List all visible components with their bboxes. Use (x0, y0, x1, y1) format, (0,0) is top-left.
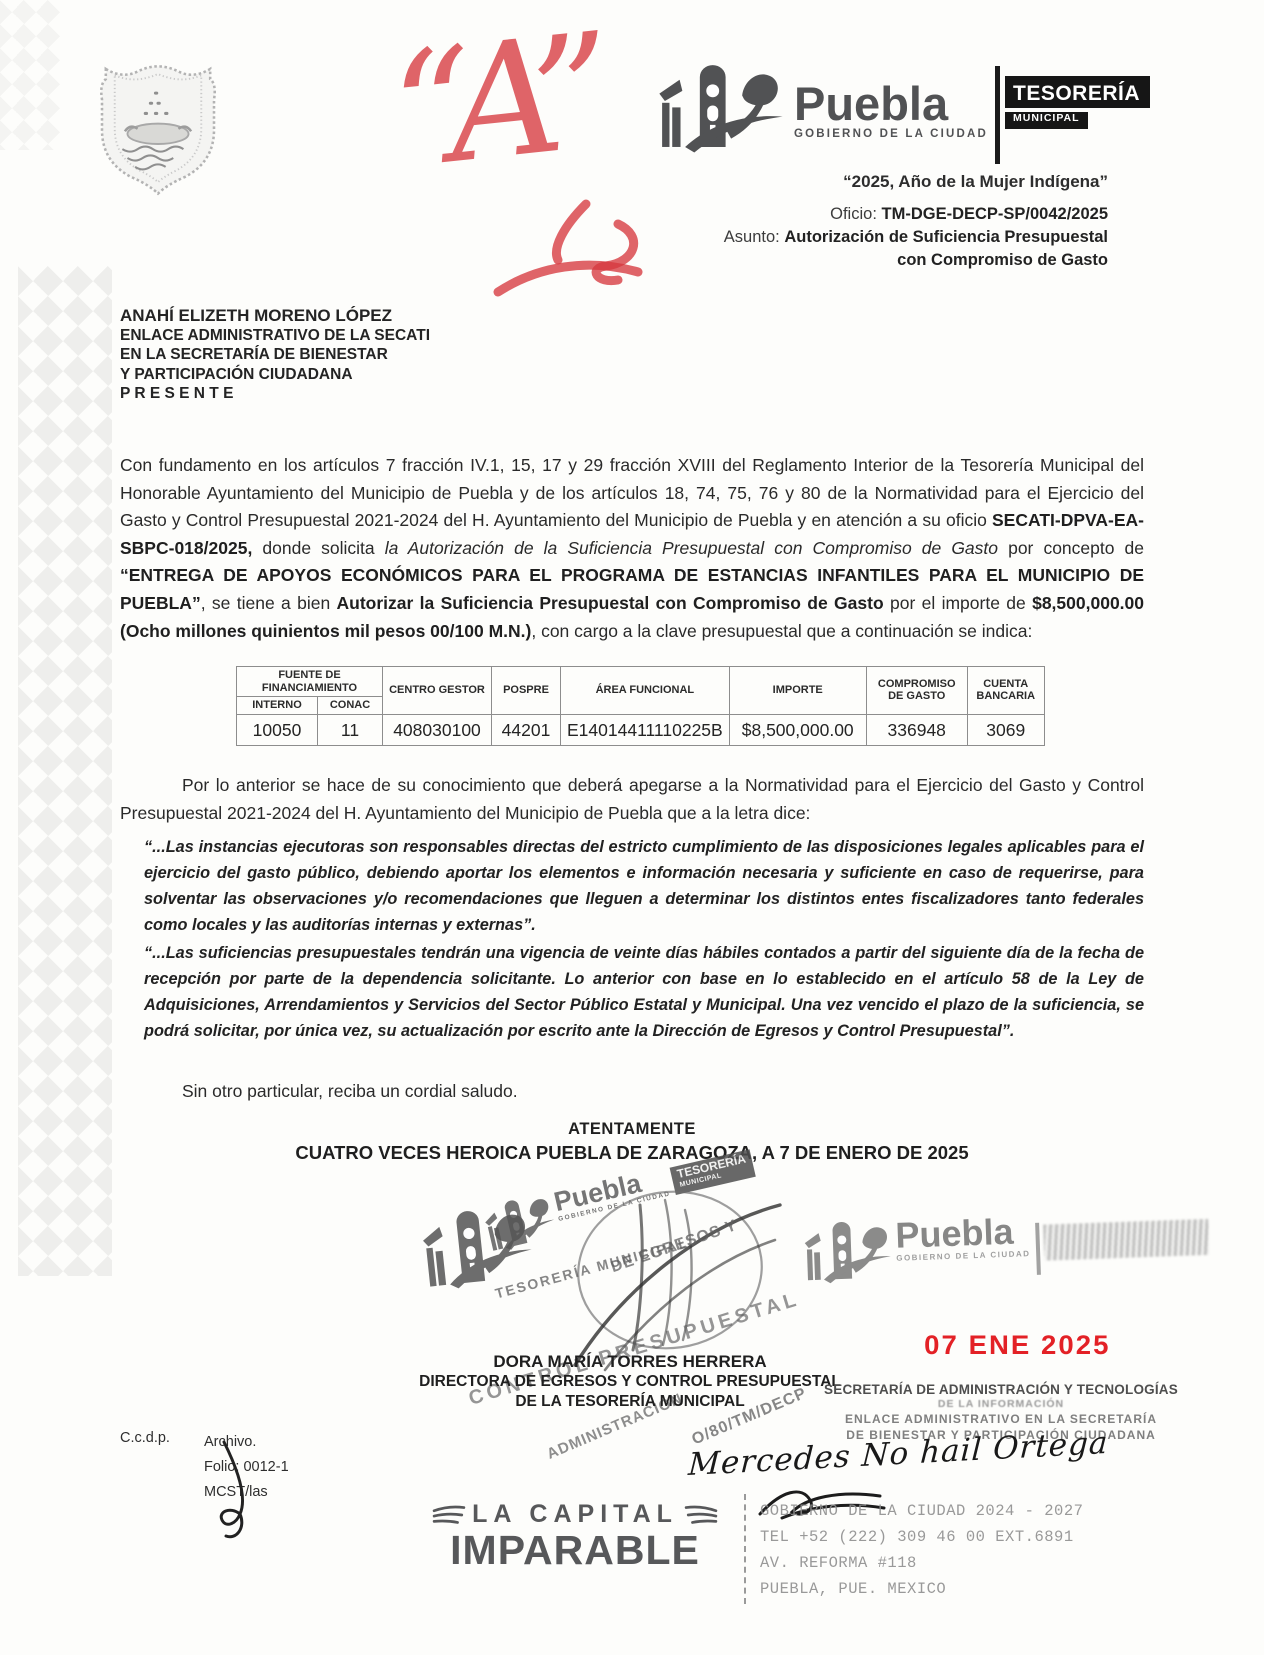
asunto-line-2: con Compromiso de Gasto (724, 249, 1108, 272)
col-importe: IMPORTE (729, 667, 866, 715)
quote-instancias: “...Las instancias ejecutoras son respon… (144, 834, 1144, 938)
oficio-line: Oficio: TM-DGE-DECP-SP/0042/2025 (724, 203, 1108, 226)
tesoreria-badge: TESORERÍA MUNICIPAL (1005, 76, 1150, 129)
paragraph-normatividad: Por lo anterior se hace de su conocimien… (120, 772, 1144, 827)
stamp-puebla-right: Puebla GOBIERNO DE LA CIUDAD (799, 1209, 1210, 1289)
address-divider (744, 1494, 746, 1604)
signatory-name: DORA MARÍA TORRES HERRERA (320, 1352, 940, 1372)
receiver-line-1: SECRETARÍA DE ADMINISTRACIÓN Y TECNOLOGÍ… (812, 1382, 1190, 1397)
imparable-text: IMPARABLE (430, 1527, 720, 1574)
receiver-line-2: DE LA INFORMACIÓN (812, 1398, 1190, 1410)
address-block: GOBIERNO DE LA CIUDAD 2024 - 2027 TEL +5… (760, 1498, 1083, 1602)
red-annotation-letter: “A” (384, 0, 616, 204)
oficio-block: Oficio: TM-DGE-DECP-SP/0042/2025 Asunto:… (724, 203, 1108, 272)
p1-italic-autorizacion: la Autorización de la Suficiencia Presup… (385, 538, 998, 558)
header-brand: Puebla GOBIERNO DE LA CIUDAD TESORERÍA M… (652, 64, 1150, 164)
col-cuenta-bancaria: CUENTA BANCARIA (967, 667, 1044, 715)
oficio-number: TM-DGE-DECP-SP/0042/2025 (882, 205, 1109, 223)
col-area-funcional: ÁREA FUNCIONAL (561, 667, 730, 715)
atentamente: ATENTAMENTE (120, 1120, 1144, 1139)
budget-table: FUENTE DE FINANCIAMIENTO CENTRO GESTOR P… (236, 666, 1045, 746)
cell-interno: 10050 (237, 714, 318, 745)
p1-text-6: , con cargo a la clave presupuestal que … (531, 621, 1032, 641)
cell-area-funcional: E14014411110225B (561, 714, 730, 745)
document-page: “A” Puebla GOBIERNO DE LA CIUDAD TESORER… (0, 0, 1264, 1655)
address-line-2: TEL +52 (222) 309 46 00 EXT.6891 (760, 1524, 1083, 1550)
p1-text-5: por el importe de (884, 593, 1032, 613)
col-centro-gestor: CENTRO GESTOR (383, 667, 492, 715)
wing-right-icon (684, 1503, 718, 1527)
recipient-presente: P R E S E N T E (120, 384, 430, 404)
recipient-role-3: Y PARTICIPACIÓN CIUDADANA (120, 365, 430, 385)
asunto-line: Asunto: Autorización de Suficiencia Pres… (724, 226, 1108, 249)
place-and-date: CUATRO VECES HEROICA PUEBLA DE ZARAGOZA,… (120, 1142, 1144, 1164)
cell-centro-gestor: 408030100 (383, 714, 492, 745)
stamp-right-smudge (1044, 1219, 1210, 1261)
stamp-right-icon (799, 1220, 897, 1289)
col-conac: CONAC (318, 697, 383, 715)
brand-tagline: GOBIERNO DE LA CIUDAD (794, 128, 988, 140)
margin-ornament-pattern (18, 266, 112, 1276)
recipient-role-1: ENLACE ADMINISTRATIVO DE LA SECATI (120, 326, 430, 346)
capital-top-row: LA CAPITAL (430, 1500, 720, 1529)
ccdp-handwritten-mark (196, 1436, 276, 1546)
paragraph-fundamento: Con fundamento en los artículos 7 fracci… (120, 452, 1144, 645)
col-pospre: POSPRE (492, 667, 561, 715)
stamp-right-wordmark: Puebla (895, 1215, 1030, 1252)
brand-wordmark: Puebla (794, 82, 988, 125)
recipient-role-2: EN LA SECRETARÍA DE BIENESTAR (120, 345, 430, 365)
badge-title: TESORERÍA (1005, 76, 1150, 108)
p1-text-3: por concepto de (998, 538, 1144, 558)
cell-pospre: 44201 (492, 714, 561, 745)
p1-autorizar: Autorizar la Suficiencia Presupuestal co… (337, 593, 884, 613)
asunto-label: Asunto: (724, 228, 780, 246)
cell-conac: 11 (318, 714, 383, 745)
cell-compromiso: 336948 (866, 714, 967, 745)
red-annotation-squiggle (468, 196, 668, 326)
received-date-stamp: 07 ENE 2025 (924, 1330, 1110, 1361)
year-legend: “2025, Año de la Mujer Indígena” (843, 172, 1108, 192)
asunto-text-2: con Compromiso de Gasto (897, 251, 1108, 269)
p1-text: Con fundamento en los artículos 7 fracci… (120, 455, 1144, 530)
asunto-text-1: Autorización de Suficiencia Presupuestal (784, 228, 1108, 246)
recipient-block: ANAHÍ ELIZETH MORENO LÓPEZ ENLACE ADMINI… (120, 306, 430, 404)
p1-text-4: , se tiene a bien (201, 593, 337, 613)
col-compromiso: COMPROMISO DE GASTO (866, 667, 967, 715)
cell-importe: $8,500,000.00 (729, 714, 866, 745)
col-interno: INTERNO (237, 697, 318, 715)
col-fuente-financiamiento: FUENTE DE FINANCIAMIENTO (237, 667, 383, 697)
budget-table-wrap: FUENTE DE FINANCIAMIENTO CENTRO GESTOR P… (236, 666, 1045, 746)
closing-line: Sin otro particular, reciba un cordial s… (120, 1078, 1144, 1106)
city-crest (92, 60, 224, 200)
stamp-right-text: Puebla GOBIERNO DE LA CIUDAD (895, 1215, 1031, 1263)
receiver-line-3: ENLACE ADMINISTRATIVO EN LA SECRETARÍA (812, 1412, 1190, 1426)
stamp-right-bar (1035, 1223, 1041, 1275)
address-line-4: PUEBLA, PUE. MEXICO (760, 1576, 1083, 1602)
oficio-label: Oficio: (830, 205, 877, 223)
table-row: 10050 11 408030100 44201 E14014411110225… (237, 714, 1045, 745)
signoff-block: ATENTAMENTE CUATRO VECES HEROICA PUEBLA … (120, 1120, 1144, 1164)
recipient-name: ANAHÍ ELIZETH MORENO LÓPEZ (120, 306, 430, 326)
quote-suficiencias: “...Las suficiencias presupuestales tend… (144, 940, 1144, 1044)
corner-ornament-pattern (0, 0, 60, 150)
cell-cuenta: 3069 (967, 714, 1044, 745)
badge-subtitle: MUNICIPAL (1005, 112, 1088, 129)
capital-imparable-logo: LA CAPITAL IMPARABLE (430, 1500, 720, 1574)
brand-divider-bar (995, 66, 1000, 164)
brand-text: Puebla GOBIERNO DE LA CIUDAD (794, 82, 988, 140)
address-line-3: AV. REFORMA #118 (760, 1550, 1083, 1576)
ccdp-label: C.c.d.p. (120, 1430, 170, 1446)
p1-text-2: donde solicita (252, 538, 384, 558)
puebla-logo-icon (652, 64, 790, 160)
capital-text: LA CAPITAL (472, 1500, 678, 1529)
address-line-1: GOBIERNO DE LA CIUDAD 2024 - 2027 (760, 1498, 1083, 1524)
wing-left-icon (432, 1503, 466, 1527)
